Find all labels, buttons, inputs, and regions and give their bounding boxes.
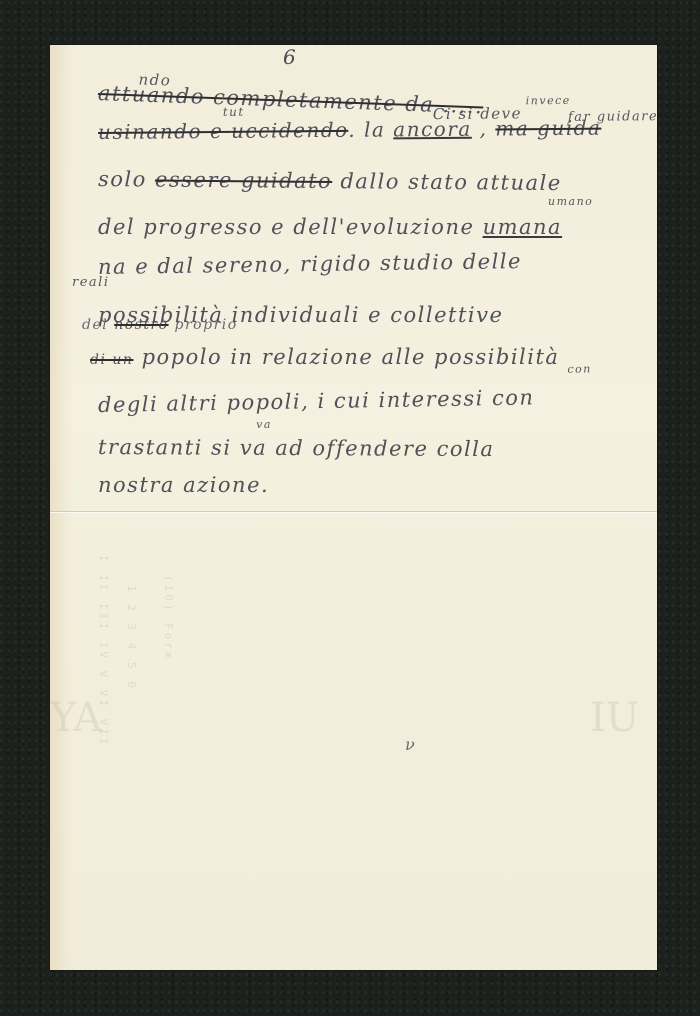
line-segment: popolo in relazione alle possibilità: [133, 345, 559, 369]
show-through-letters: IU: [590, 695, 640, 741]
manuscript-line-9: degli altri popoli, i cui interessi con …: [98, 385, 535, 417]
line-segment: proprio: [169, 317, 238, 333]
line-segment: na e dal sereno, rigido studio delle: [98, 249, 522, 279]
manuscript-line-8: di un popolo in relazione alle possibili…: [90, 345, 559, 369]
line-segment: essere guidato: [155, 167, 332, 193]
line-segment: uccidendo: [231, 118, 348, 143]
manuscript-line-2: usinando e uccidendo. la ancora , ma gui…: [98, 116, 602, 144]
line-segment: .: [348, 118, 364, 142]
interlinear-insertion: Ci si deve: [433, 104, 522, 123]
line-segment: umana: [483, 215, 563, 239]
manuscript-line-10: trastanti si va ad offendere colla va: [98, 435, 495, 461]
manuscript-line-5: na e dal sereno, rigido studio delle: [98, 249, 522, 279]
line-segment: trastanti si va ad offendere colla: [98, 435, 495, 461]
interlinear-insertion: far guidare: [568, 109, 658, 125]
stray-pencil-mark: ν: [405, 735, 415, 754]
line-segment: del: [82, 317, 114, 333]
manuscript-line-4: del progresso e dell'evoluzione umana um…: [98, 215, 562, 239]
interlinear-insertion: reali: [72, 275, 109, 290]
interlinear-insertion: tut: [223, 105, 245, 119]
line-segment: solo: [98, 167, 155, 191]
manuscript-line-3: solo essere guidato dallo stato attuale: [98, 167, 562, 195]
manuscript-line-11: nostra azione.: [98, 473, 269, 497]
paper-fold-line: [50, 511, 657, 512]
line-segment: nostro: [114, 317, 168, 333]
interlinear-insertion: invece: [526, 94, 571, 107]
page-number: 6: [283, 45, 296, 69]
line-segment: nostra azione.: [98, 473, 269, 497]
manuscript-line-7: del nostro proprio: [82, 317, 238, 333]
line-segment: degli altri popoli, i cui interessi con: [98, 385, 535, 417]
show-through-text: 1 2 3 4 5 6: [125, 585, 138, 691]
manuscript-line-1: attuando completamente da ..... ndo: [98, 81, 484, 118]
interlinear-insertion: ndo: [138, 70, 171, 89]
line-segment: del progresso e dell'evoluzione: [98, 215, 483, 239]
line-segment: dallo stato attuale: [332, 169, 562, 195]
line-segment: la: [364, 117, 393, 141]
show-through-letters: YA: [50, 695, 102, 741]
line-segment: di un: [90, 352, 133, 368]
interlinear-insertion: va: [256, 418, 272, 431]
interlinear-insertion: con: [567, 362, 592, 375]
interlinear-insertion: umano: [548, 195, 593, 208]
line-segment: usinando e: [98, 119, 231, 144]
show-through-text: (10) Form: [162, 575, 175, 662]
manuscript-page: 6 attuando completamente da ..... ndo us…: [50, 45, 657, 970]
